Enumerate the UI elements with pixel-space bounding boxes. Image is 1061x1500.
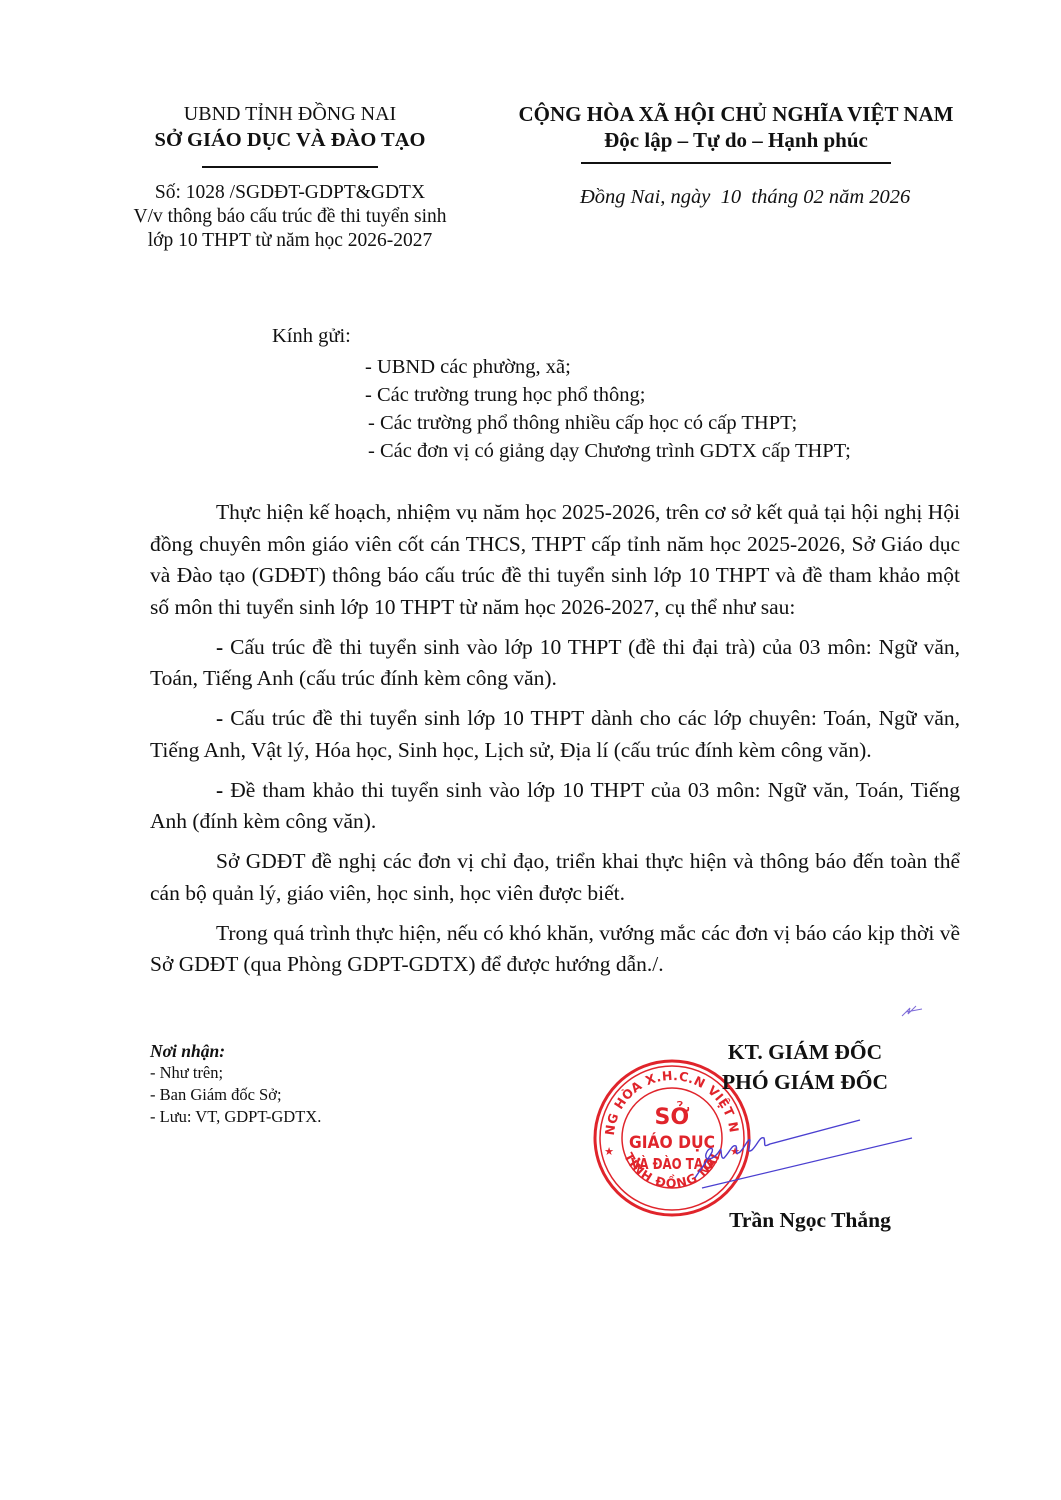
national-motto: Độc lập – Tự do – Hạnh phúc — [486, 127, 986, 153]
on-behalf-label: KT. GIÁM ĐỐC — [660, 1037, 950, 1067]
department-name: SỞ GIÁO DỤC VÀ ĐÀO TẠO — [110, 127, 470, 153]
document-body: Thực hiện kế hoạch, nhiệm vụ năm học 202… — [150, 497, 960, 981]
bullet-paragraph: - Đề tham khảo thi tuyển sinh vào lớp 10… — [150, 775, 960, 838]
subject-line-1: V/v thông báo cấu trúc đề thi tuyển sinh — [110, 205, 470, 229]
date-line: Đồng Nai, ngày 10 tháng 02 năm 2026 — [580, 186, 910, 209]
subject-line-2: lớp 10 THPT từ năm học 2026-2027 — [110, 229, 470, 253]
distribution-item: - Lưu: VT, GDPT-GDTX. — [150, 1106, 321, 1128]
bullet-paragraph: - Cấu trúc đề thi tuyển sinh vào lớp 10 … — [150, 632, 960, 695]
bullet-paragraph: - Cấu trúc đề thi tuyển sinh lớp 10 THPT… — [150, 703, 960, 766]
header-left-divider — [202, 166, 378, 168]
signature-title-block: KT. GIÁM ĐỐC PHÓ GIÁM ĐỐC — [660, 1037, 950, 1097]
closing-paragraph: Trong quá trình thực hiện, nếu có khó kh… — [150, 918, 960, 981]
distribution-title: Nơi nhận: — [150, 1040, 321, 1062]
recipient-item: - Các đơn vị có giảng dạy Chương trình G… — [368, 437, 851, 465]
recipients-label: Kính gửi: — [272, 325, 351, 348]
recipient-item: - UBND các phường, xã; — [365, 353, 571, 381]
signer-name: Trần Ngọc Thắng — [655, 1208, 965, 1233]
national-header-block: CỘNG HÒA XÃ HỘI CHỦ NGHĨA VIỆT NAM Độc l… — [486, 101, 986, 164]
distribution-list: Nơi nhận: - Như trên; - Ban Giám đốc Sở;… — [150, 1040, 321, 1128]
intro-paragraph: Thực hiện kế hoạch, nhiệm vụ năm học 202… — [150, 497, 960, 623]
initial-mark-icon — [898, 1000, 928, 1020]
recipient-item: - Các trường phổ thông nhiều cấp học có … — [368, 409, 797, 437]
handwritten-signature-icon — [690, 1110, 920, 1190]
request-paragraph: Sở GDĐT đề nghị các đơn vị chỉ đạo, triể… — [150, 846, 960, 909]
recipient-item: - Các trường trung học phổ thông; — [365, 381, 645, 409]
authority-name: UBND TỈNH ĐỒNG NAI — [110, 101, 470, 127]
svg-text:★: ★ — [604, 1145, 614, 1158]
issuing-authority-block: UBND TỈNH ĐỒNG NAI SỞ GIÁO DỤC VÀ ĐÀO TẠ… — [110, 101, 470, 253]
header-right-divider — [581, 162, 891, 164]
position-label: PHÓ GIÁM ĐỐC — [660, 1067, 950, 1097]
document-number: Số: 1028 /SGDĐT-GDPT&GDTX — [110, 181, 470, 205]
distribution-item: - Như trên; — [150, 1062, 321, 1084]
distribution-item: - Ban Giám đốc Sở; — [150, 1084, 321, 1106]
national-title: CỘNG HÒA XÃ HỘI CHỦ NGHĨA VIỆT NAM — [486, 101, 986, 127]
svg-text:SỞ: SỞ — [654, 1102, 689, 1130]
